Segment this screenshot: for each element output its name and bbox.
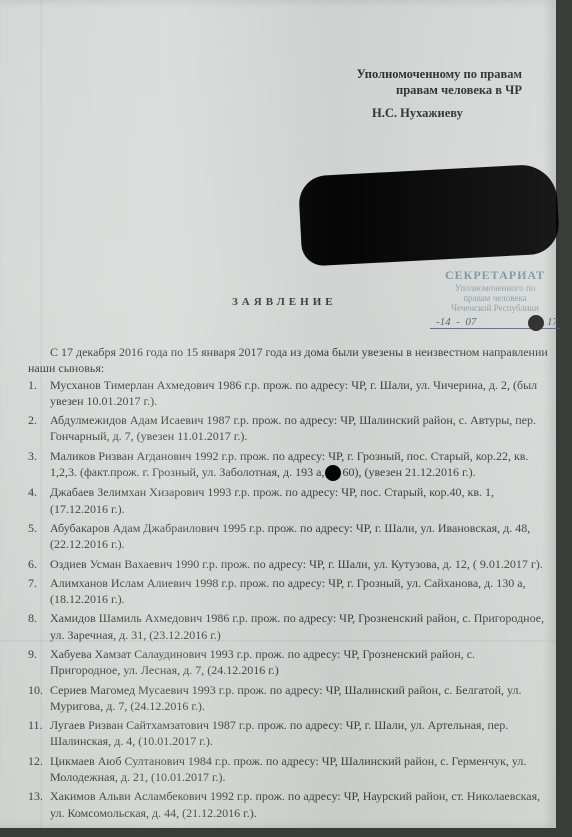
- stamp-date-day: 14: [440, 316, 451, 328]
- list-item: 1.Мусханов Тимерлан Ахмедович 1986 г.р. …: [28, 377, 548, 410]
- stamp-line-2: правам человека: [430, 293, 560, 303]
- stamp-date-month: 07: [465, 316, 476, 328]
- addressee-line-2: правам человека в ЧР: [357, 82, 522, 98]
- list-item: 5.Абубакаров Адам Джабраилович 1995 г.р.…: [28, 520, 548, 553]
- list-item: 12.Цикмаев Аюб Султанович 1984 г.р. прож…: [28, 753, 548, 786]
- stamp-date: -14 - 07 17: [430, 316, 560, 329]
- redaction-dot: [325, 465, 341, 481]
- document-title: ЗАЯВЛЕНИЕ: [232, 296, 337, 308]
- list-item: 8.Хамидов Шамиль Ахмедович 1986 г.р. про…: [28, 610, 548, 643]
- statement-intro: С 17 декабря 2016 года по 15 января 2017…: [28, 344, 548, 377]
- stamp-date-year: 17: [547, 316, 558, 328]
- stamp-line-3: Чеченской Республики: [430, 303, 560, 313]
- statement-body: С 17 декабря 2016 года по 15 января 2017…: [28, 344, 548, 824]
- list-item: 13.Хакимов Альви Асламбекович 1992 г.р. …: [28, 788, 548, 821]
- list-item: 2.Абдулмежидов Адам Исаевич 1987 г.р. пр…: [28, 412, 548, 445]
- list-item: 3.Маликов Ризван Агданович 1992 г.р. про…: [28, 448, 548, 482]
- stamp-line-1: Уполномоченного по: [430, 283, 560, 293]
- document-page: Уполномоченному по правам правам человек…: [0, 0, 556, 828]
- redacted-sender-block: [298, 163, 560, 266]
- addressee-line-1: Уполномоченному по правам: [357, 66, 522, 82]
- received-stamp: СЕКРЕТАРИАТ Уполномоченного по правам че…: [430, 268, 560, 329]
- list-item: 10.Сериев Магомед Мусаевич 1993 г.р. про…: [28, 682, 548, 715]
- list-item: 9.Хабуева Хамзат Салаудинович 1993 г.р. …: [28, 646, 548, 679]
- list-item: 6.Оздиев Усман Вахаевич 1990 г.р. прож. …: [28, 556, 548, 572]
- missing-persons-list: 1.Мусханов Тимерлан Ахмедович 1986 г.р. …: [28, 377, 548, 821]
- list-item: 7.Алимханов Ислам Алиевич 1998 г.р. прож…: [28, 575, 548, 608]
- stamp-title: СЕКРЕТАРИАТ: [430, 268, 560, 283]
- list-item: 11.Лугаев Ризван Сайтхамзатович 1987 г.р…: [28, 717, 548, 750]
- redaction-dot: [528, 315, 544, 331]
- addressee-name: Н.С. Нухажиеву: [372, 106, 463, 121]
- list-item: 4.Джабаев Зелимхан Хизарович 1993 г.р. п…: [28, 484, 548, 517]
- addressee-block: Уполномоченному по правам правам человек…: [357, 66, 522, 98]
